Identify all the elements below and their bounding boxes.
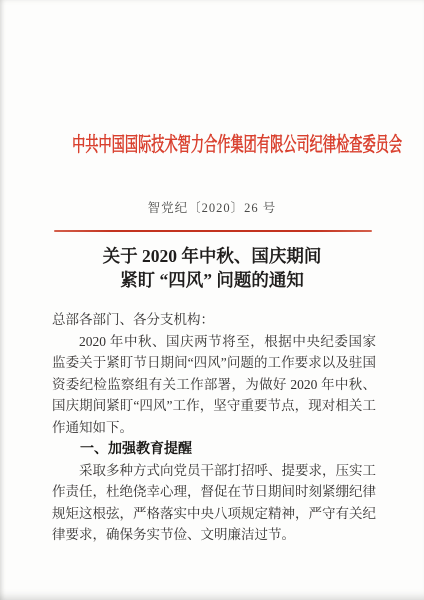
document-number: 智党纪〔2020〕26 号	[0, 198, 424, 216]
section-1-heading: 一、加强教育提醒	[52, 438, 376, 460]
document-body: 总部各部门、各分支机构： 2020 年中秋、国庆两节将至，根据中央纪委国家监委关…	[52, 309, 376, 546]
document-title-line2: 紧盯 “四风” 问题的通知	[0, 268, 424, 292]
salutation: 总部各部门、各分支机构：	[52, 309, 376, 331]
issuing-org-title: 中共中国国际技术智力合作集团有限公司纪律检查委员会	[72, 131, 352, 159]
section-1-body: 采取多种方式向党员干部打招呼、提要求，压实工作责任，杜绝侥幸心理，督促在节日期间…	[52, 460, 376, 546]
document-title: 关于 2020 年中秋、国庆期间 紧盯 “四风” 问题的通知	[0, 244, 424, 292]
document-title-line1: 关于 2020 年中秋、国庆期间	[0, 244, 424, 268]
intro-paragraph: 2020 年中秋、国庆两节将至，根据中央纪委国家监委关于紧盯节日期间“四风”问题…	[52, 331, 376, 439]
red-divider-line	[54, 230, 372, 232]
document-page: 中共中国国际技术智力合作集团有限公司纪律检查委员会 智党纪〔2020〕26 号 …	[0, 0, 424, 600]
